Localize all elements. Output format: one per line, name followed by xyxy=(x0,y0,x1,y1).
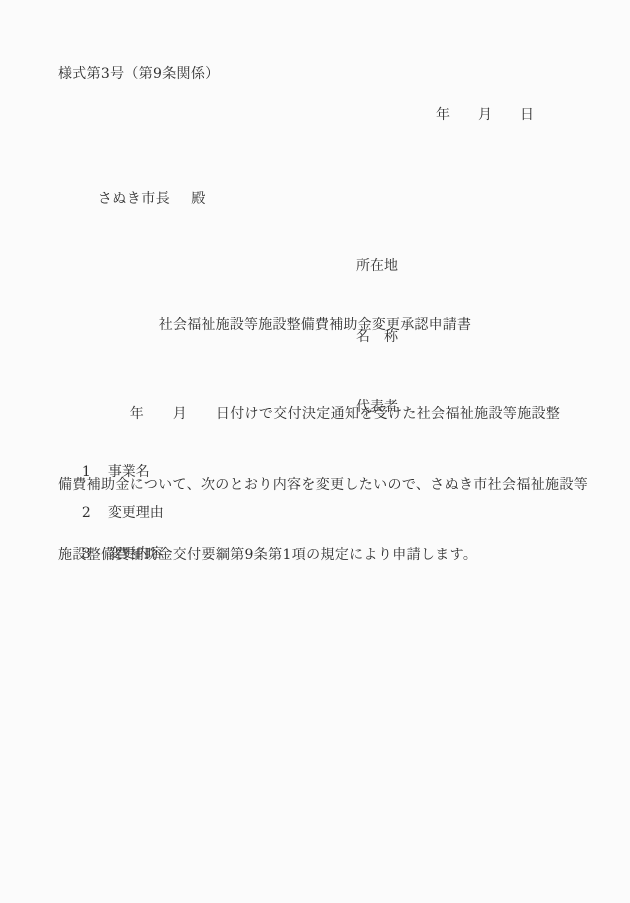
body-line-1: 年 月 日付けで交付決定通知を受けた社会福祉施設等施設整 xyxy=(58,403,574,427)
recipient-honorific: 殿 xyxy=(191,191,206,207)
item-label: 変更内容 xyxy=(108,546,164,562)
item-label: 事業名 xyxy=(108,464,150,480)
item-label: 変更理由 xyxy=(108,505,164,521)
recipient-name: さぬき市長 xyxy=(98,191,171,207)
item-number: 2 xyxy=(82,505,108,522)
form-number: 様式第3号（第9条関係） xyxy=(58,64,219,84)
sender-field-address: 所在地 xyxy=(356,255,398,279)
item-number: 3 xyxy=(82,546,108,563)
item-number: 1 xyxy=(82,464,108,481)
document-page: { "page": { "background_color": "#fbfbfb… xyxy=(0,0,630,903)
form-page: 様式第3号（第9条関係） 年 月 日 さぬき市長殿 所在地 名 称 代表者 社会… xyxy=(0,0,630,903)
date-line: 年 月 日 xyxy=(436,105,534,125)
recipient-line: さぬき市長殿 xyxy=(78,169,206,229)
numbered-item-change-content: 3変更内容 xyxy=(64,529,164,580)
document-title: 社会福祉施設等施設整備費補助金変更承認申請書 xyxy=(0,315,630,335)
